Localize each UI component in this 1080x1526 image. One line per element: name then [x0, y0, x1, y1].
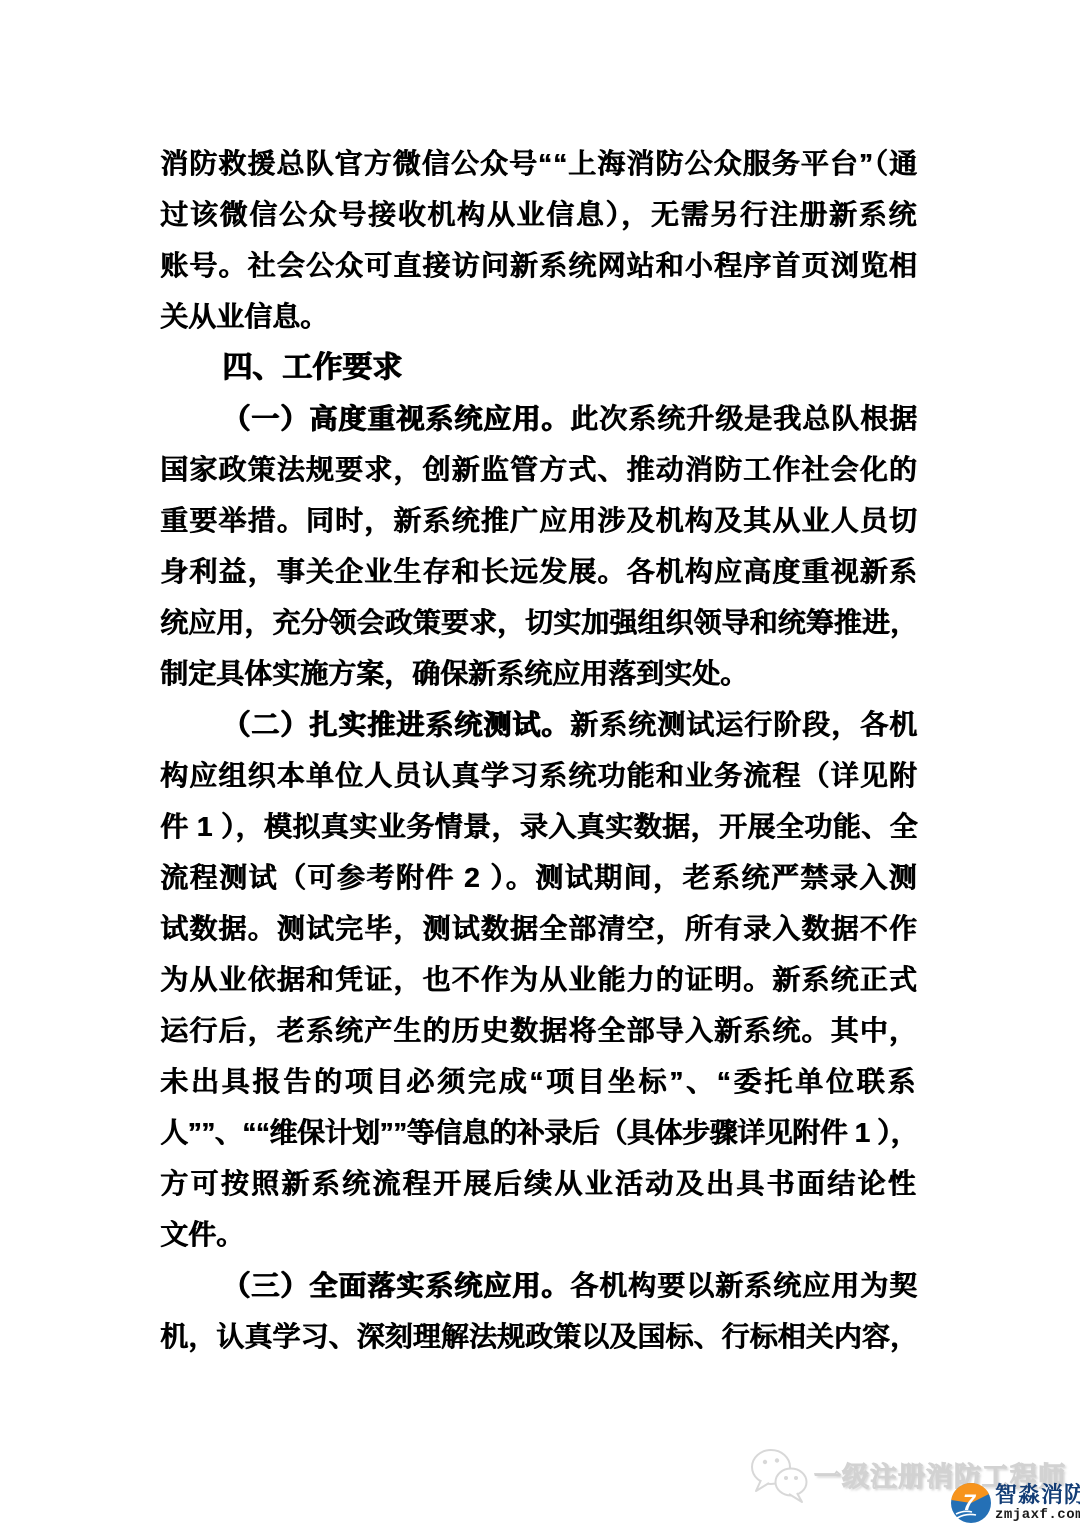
body-text: 关从业信息。 [160, 301, 328, 332]
body-text: 流程测试（可参考附件 2 ）。测试期间，老系统严禁录入测 [160, 862, 918, 893]
document-line: 构应组织本单位人员认真学习系统功能和业务流程（详见附 [160, 750, 918, 801]
document-line: 重要举措。同时，新系统推广应用涉及机构及其从业人员切 [160, 495, 918, 546]
document-line: （三）全面落实系统应用。各机构要以新系统应用为契 [160, 1260, 918, 1311]
body-text: 件 1 ），模拟真实业务情景，录入真实数据，开展全功能、全 [160, 811, 918, 842]
document-line: 为从业依据和凭证，也不作为从业能力的证明。新系统正式 [160, 954, 918, 1005]
body-text: 制定具体实施方案，确保新系统应用落到实处。 [160, 658, 748, 689]
document-line: 制定具体实施方案，确保新系统应用落到实处。 [160, 648, 918, 699]
body-text: 重要举措。同时，新系统推广应用涉及机构及其从业人员切 [160, 505, 918, 536]
body-text: 新系统测试运行阶段，各机 [570, 709, 918, 740]
document-line: 关从业信息。 [160, 291, 918, 342]
body-text: 未出具报告的项目必须完成“项目坐标”、“委托单位联系 [160, 1066, 918, 1097]
document-line: （一）高度重视系统应用。此次系统升级是我总队根据 [160, 393, 918, 444]
document-line: 人””、““维保计划””等信息的补录后（具体步骤详见附件 1 ）， [160, 1107, 918, 1158]
body-text: 构应组织本单位人员认真学习系统功能和业务流程（详见附 [160, 760, 918, 791]
document-body: 消防救援总队官方微信公众号““上海消防公众服务平台”（通过该微信公众号接收机构从… [160, 138, 918, 1362]
bold-lead-text: （一）高度重视系统应用。 [222, 403, 570, 434]
wechat-icon [746, 1443, 810, 1505]
body-text: 人””、““维保计划””等信息的补录后（具体步骤详见附件 1 ）， [160, 1117, 918, 1148]
body-text: 过该微信公众号接收机构从业信息），无需另行注册新系统 [160, 199, 918, 230]
document-line: 统应用，充分领会政策要求，切实加强组织领导和统筹推进， [160, 597, 918, 648]
document-line: 国家政策法规要求，创新监管方式、推动消防工作社会化的 [160, 444, 918, 495]
document-line: 文件。 [160, 1209, 918, 1260]
brand-name: 智淼消防 [995, 1484, 1080, 1506]
body-text: 消防救援总队官方微信公众号““上海消防公众服务平台”（通 [160, 148, 918, 179]
body-text: 此次系统升级是我总队根据 [570, 403, 918, 434]
bold-lead-text: （二）扎实推进系统测试。 [222, 709, 570, 740]
document-line: 流程测试（可参考附件 2 ）。测试期间，老系统严禁录入测 [160, 852, 918, 903]
body-text: 身利益，事关企业生存和长远发展。各机构应高度重视新系 [160, 556, 918, 587]
document-line: 账号。社会公众可直接访问新系统网站和小程序首页浏览相 [160, 240, 918, 291]
document-line: 过该微信公众号接收机构从业信息），无需另行注册新系统 [160, 189, 918, 240]
document-line: 件 1 ），模拟真实业务情景，录入真实数据，开展全功能、全 [160, 801, 918, 852]
body-text: 机，认真学习、深刻理解法规政策以及国标、行标相关内容， [160, 1321, 918, 1352]
brand-domain: zmjaxf.com [995, 1508, 1080, 1522]
document-line: 机，认真学习、深刻理解法规政策以及国标、行标相关内容， [160, 1311, 918, 1362]
body-text: 运行后，老系统产生的历史数据将全部导入新系统。其中， [160, 1015, 918, 1046]
document-line: （二）扎实推进系统测试。新系统测试运行阶段，各机 [160, 699, 918, 750]
section-heading: 四、工作要求 [160, 342, 918, 393]
document-line: 试数据。测试完毕，测试数据全部清空，所有录入数据不作 [160, 903, 918, 954]
document-line: 未出具报告的项目必须完成“项目坐标”、“委托单位联系 [160, 1056, 918, 1107]
document-page: 消防救援总队官方微信公众号““上海消防公众服务平台”（通过该微信公众号接收机构从… [0, 0, 1080, 1526]
bold-lead-text: （三）全面落实系统应用。 [222, 1270, 570, 1301]
document-line: 消防救援总队官方微信公众号““上海消防公众服务平台”（通 [160, 138, 918, 189]
bold-lead-text: 四、工作要求 [222, 351, 402, 384]
document-line: 身利益，事关企业生存和长远发展。各机构应高度重视新系 [160, 546, 918, 597]
zhimiao-logo-icon: 7 [950, 1482, 992, 1524]
brand-badge: 7 智淼消防 zmjaxf.com [950, 1482, 1080, 1524]
body-text: 试数据。测试完毕，测试数据全部清空，所有录入数据不作 [160, 913, 918, 944]
body-text: 各机构要以新系统应用为契 [570, 1270, 918, 1301]
body-text: 方可按照新系统流程开展后续从业活动及出具书面结论性 [160, 1168, 918, 1199]
body-text: 为从业依据和凭证，也不作为从业能力的证明。新系统正式 [160, 964, 918, 995]
document-line: 运行后，老系统产生的历史数据将全部导入新系统。其中， [160, 1005, 918, 1056]
body-text: 国家政策法规要求，创新监管方式、推动消防工作社会化的 [160, 454, 918, 485]
document-line: 方可按照新系统流程开展后续从业活动及出具书面结论性 [160, 1158, 918, 1209]
body-text: 文件。 [160, 1219, 244, 1250]
body-text: 统应用，充分领会政策要求，切实加强组织领导和统筹推进， [160, 607, 918, 638]
body-text: 账号。社会公众可直接访问新系统网站和小程序首页浏览相 [160, 250, 918, 281]
